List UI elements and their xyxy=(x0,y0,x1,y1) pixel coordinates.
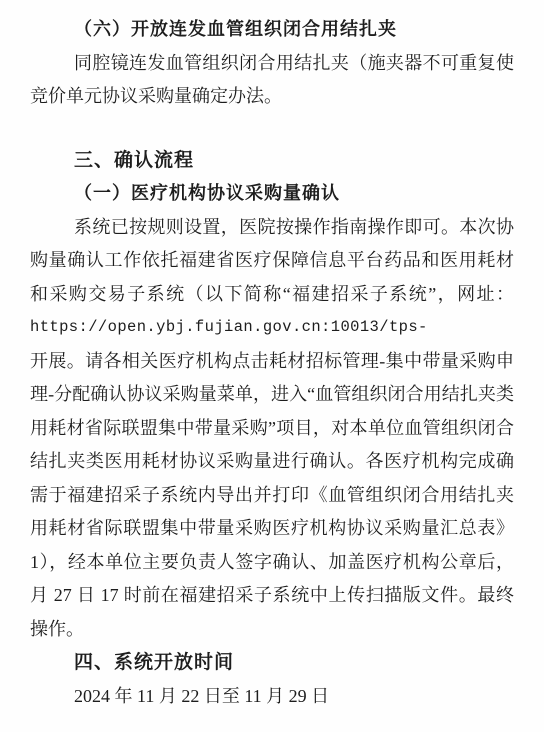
heading-section-3: 三、确认流程 xyxy=(30,144,514,178)
para-confirm-line-7: 用耗材省际联盟集中带量采购”项目，对本单位血管组织闭合用 xyxy=(30,412,514,446)
para-confirm-line-12: 月 27 日 17 时前在福建招采子系统中上传扫描版文件。最终提交 xyxy=(30,579,514,613)
para-confirm-line-3: 和采购交易子系统（以下简称“福建招采子系统”，网址： xyxy=(30,278,514,312)
document-page: （六）开放连发血管组织闭合用结扎夹 同腔镜连发血管组织闭合用结扎夹（施夹器不可重… xyxy=(0,0,544,732)
para-confirm-line-13: 操作。 xyxy=(30,613,514,647)
heading-item-1: （一）医疗机构协议采购量确认 xyxy=(30,177,514,211)
para-confirm-line-10: 用耗材省际联盟集中带量采购医疗机构协议采购量汇总表》（附件 xyxy=(30,512,514,546)
para-confirm-line-2: 购量确认工作依托福建省医疗保障信息平台药品和医用耗材招标 xyxy=(30,244,514,278)
para-confirm-line-8: 结扎夹类医用耗材协议采购量进行确认。各医疗机构完成确认后， xyxy=(30,445,514,479)
para-method-line-2: 竞价单元协议采购量确定办法。 xyxy=(30,80,514,114)
para-confirm-line-6: 理-分配确认协议采购量菜单，进入“血管组织闭合用结扎夹类医 xyxy=(30,378,514,412)
para-method-line-1: 同腔镜连发血管组织闭合用结扎夹（施夹器不可重复使用） xyxy=(30,47,514,81)
para-confirm-line-11: 1），经本单位主要负责人签字确认、加盖医疗机构公章后，于 11 xyxy=(30,546,514,580)
para-confirm-line-5: 开展。请各相关医疗机构点击耗材招标管理-集中带量采购申报管 xyxy=(30,345,514,379)
para-confirm-line-1: 系统已按规则设置，医院按操作指南操作即可。本次协议采 xyxy=(30,211,514,245)
heading-section-4: 四、系统开放时间 xyxy=(30,646,514,680)
para-open-time: 2024 年 11 月 22 日至 11 月 29 日 xyxy=(30,680,514,714)
para-confirm-line-9: 需于福建招采子系统内导出并打印《血管组织闭合用结扎夹类医 xyxy=(30,479,514,513)
heading-item-6: （六）开放连发血管组织闭合用结扎夹 xyxy=(30,13,514,47)
para-confirm-url: https://open.ybj.fujian.gov.cn:10013/tps… xyxy=(30,311,514,345)
paragraph-spacer xyxy=(30,114,514,144)
